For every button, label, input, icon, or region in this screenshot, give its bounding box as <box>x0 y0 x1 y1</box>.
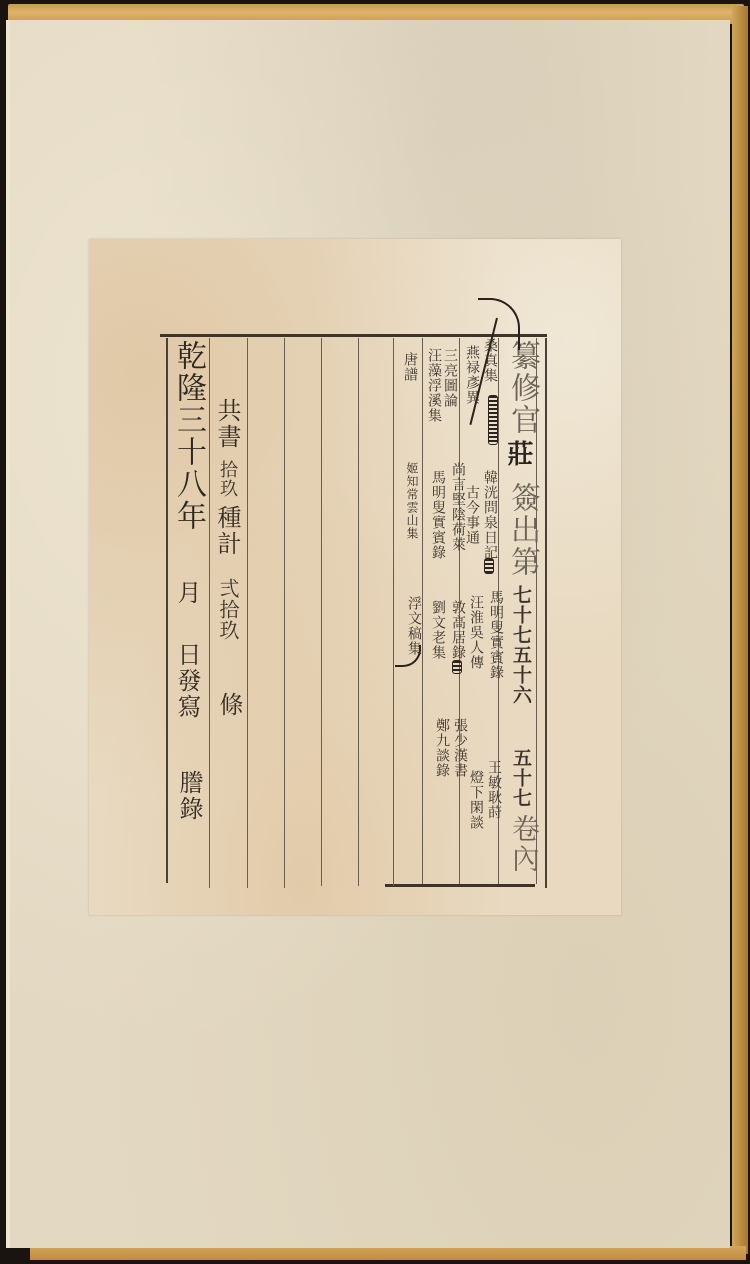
book-title: 敦高居錄 <box>448 600 468 660</box>
book-title: 唐譜 <box>400 352 420 382</box>
compiler-title-printed: 纂修官 <box>500 340 544 436</box>
column-rule <box>358 338 359 886</box>
total-books-label: 共書 <box>210 398 245 450</box>
book-title: 汪藻浮溪集 <box>424 348 444 423</box>
chain-mark-icon <box>484 558 494 574</box>
total-items-label: 種計 <box>210 505 245 557</box>
book-title: 尚言堅陰荷萊 <box>448 462 468 552</box>
book-title: 汪淮吳人傳 <box>466 595 486 670</box>
book-title: 燈下閑談 <box>466 770 486 830</box>
volume-inside-printed: 卷內 <box>504 814 544 874</box>
compiler-name-handwritten: 莊 <box>500 440 537 468</box>
frame-right-rule <box>545 338 547 888</box>
frame-bottom-rule <box>385 884 535 887</box>
issue-number-2-handwritten: 五十七 <box>508 748 535 808</box>
reign-date: 乾隆三十八年 <box>166 340 210 532</box>
column-rule <box>321 338 322 886</box>
chain-mark-icon <box>488 395 498 445</box>
book-title: 劉文老集 <box>428 600 448 660</box>
book-title: 燕禄彥異 <box>462 345 482 405</box>
book-title: 馬明叟實賓錄 <box>428 470 448 560</box>
book-title: 韓洸問泉日記 <box>480 470 500 560</box>
day-issued-label: 日發寫 <box>170 642 205 720</box>
issue-label-printed: 簽出第 <box>500 482 544 578</box>
month-label: 月 <box>170 580 205 606</box>
book-title: 鄭九談錄 <box>432 718 452 778</box>
book-title: 馬明叟實賓錄 <box>486 590 506 680</box>
issue-numbers-handwritten: 七十七五十六 <box>508 585 535 705</box>
chain-mark-icon <box>452 660 462 674</box>
copyist-label: 謄錄 <box>172 770 207 822</box>
right-binding-edge <box>732 6 748 1254</box>
total-items-count: 弍拾玖 <box>214 578 243 641</box>
book-title: 姬知常雲山集 <box>404 462 421 540</box>
items-unit-label: 條 <box>212 692 247 718</box>
book-title: 張少漢書 <box>450 718 470 778</box>
book-title: 王敏耿莳 <box>484 760 504 820</box>
bottom-binding-edge <box>30 1246 746 1260</box>
column-rule <box>284 338 285 888</box>
total-books-count: 拾玖 <box>214 460 240 498</box>
book-title: 桑真集 <box>480 338 500 383</box>
column-rule <box>247 338 248 888</box>
column-rule <box>393 338 394 886</box>
